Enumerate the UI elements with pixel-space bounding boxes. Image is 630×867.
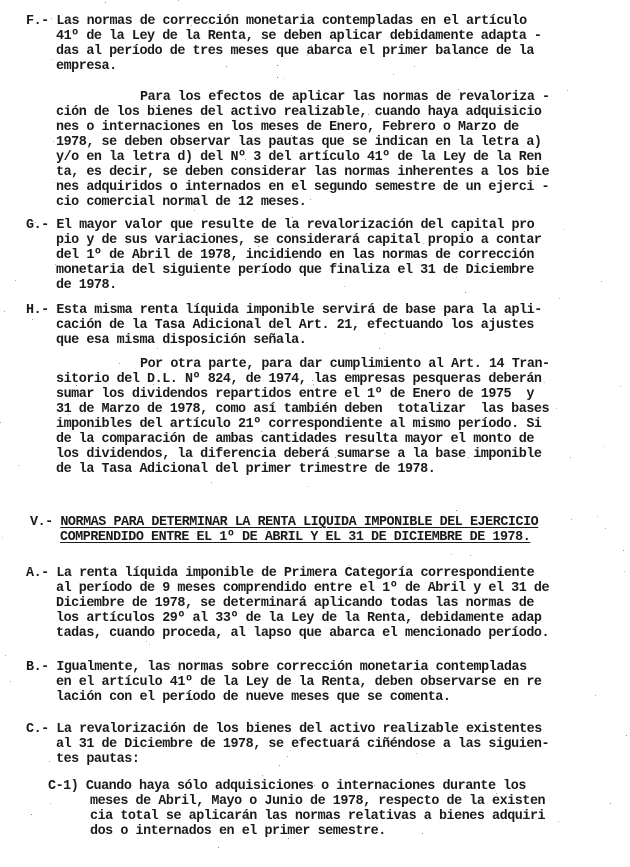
text-line: sumar los dividendos repartidos entre el…: [56, 387, 534, 402]
scan-noise: [208, 23, 209, 24]
scan-noise: [170, 664, 171, 665]
text-line: dos o internados en el primer semestre.: [90, 824, 386, 839]
scan-noise: [51, 18, 52, 19]
text-line: de la comparación de ambas cantidades re…: [56, 432, 534, 447]
scan-noise: [56, 305, 57, 306]
scan-noise: [146, 641, 147, 642]
scan-noise: [18, 465, 19, 466]
text-line: del 1º de Abril de 1978, incidiendo en l…: [56, 248, 534, 263]
scan-noise: [261, 431, 262, 432]
scan-noise: [86, 142, 87, 143]
scan-noise: [90, 127, 91, 128]
text-line: sitorio del D.L. Nº 824, de 1974, las em…: [56, 372, 541, 387]
scan-noise: [467, 395, 468, 396]
scan-noise: [259, 590, 260, 591]
scan-noise: [597, 516, 598, 517]
scan-noise: [604, 446, 605, 447]
scan-noise: [70, 284, 71, 285]
text-line: meses de Abril, Mayo o Junio de 1978, re…: [90, 794, 545, 809]
scan-noise: [4, 311, 5, 312]
scan-noise: [135, 341, 136, 342]
scan-noise: [149, 644, 150, 645]
text-line: ta, es decir, se deben considerar las no…: [56, 165, 549, 180]
scan-noise: [414, 66, 415, 67]
scan-noise: [426, 146, 427, 147]
scan-noise: [307, 55, 308, 56]
text-line: Por otra parte, para dar cumplimiento al…: [140, 357, 550, 372]
scan-noise: [157, 348, 158, 349]
text-line: C.- La revalorización de los bienes del …: [26, 722, 542, 737]
scan-noise: [52, 59, 53, 60]
text-line: cación de la Tasa Adicional del Art. 21,…: [56, 318, 534, 333]
scan-noise: [283, 380, 284, 381]
scan-noise: [458, 89, 459, 90]
text-line: al período de 9 meses comprendido entre …: [56, 581, 549, 596]
scan-noise: [422, 833, 423, 834]
text-line: 31 de Marzo de 1978, como así también de…: [56, 402, 549, 417]
scan-noise: [595, 695, 596, 696]
scan-noise: [75, 779, 76, 780]
section-heading-line: COMPRENDIDO ENTRE EL 1º DE ABRIL Y EL 31…: [60, 530, 530, 545]
scan-noise: [312, 363, 313, 364]
scan-noise: [89, 327, 90, 328]
scan-noise: [571, 519, 572, 520]
scan-noise: [217, 200, 218, 201]
scan-noise: [359, 792, 360, 793]
text-line: tadas, cuando proceda, al lapso que abar…: [56, 626, 549, 641]
scan-noise: [262, 775, 263, 776]
scan-noise: [145, 256, 146, 257]
text-line: y/o en la letra d) del Nº 3 del artículo…: [56, 150, 541, 165]
scan-noise: [160, 533, 161, 534]
scan-noise: [283, 78, 284, 79]
text-line: H.- Esta misma renta líquida imponible s…: [26, 303, 542, 318]
scan-noise: [310, 199, 311, 200]
scan-noise: [218, 847, 219, 848]
scan-noise: [353, 422, 354, 423]
heading-text: COMPRENDIDO ENTRE EL 1º DE ABRIL Y EL 31…: [60, 530, 530, 545]
heading-text: NORMAS PARA DETERMINAR LA RENTA LIQUIDA …: [60, 515, 538, 530]
scan-noise: [290, 750, 291, 751]
scan-noise: [610, 803, 611, 804]
scan-noise: [393, 74, 394, 75]
scan-noise: [411, 117, 412, 118]
text-line: lación con el período de nueve meses que…: [56, 690, 450, 705]
scan-noise: [97, 613, 98, 614]
scan-noise: [332, 273, 333, 274]
scan-noise: [258, 246, 259, 247]
scan-noise: [31, 814, 32, 815]
text-line: B.- Igualmente, las normas sobre correcc…: [26, 660, 527, 675]
scan-noise: [523, 146, 524, 147]
scanned-document-page: F.- Las normas de corrección monetaria c…: [0, 0, 630, 867]
scan-noise: [497, 613, 498, 614]
scan-noise: [119, 363, 120, 364]
scan-noise: [148, 582, 149, 583]
scan-noise: [154, 105, 155, 106]
scan-noise: [15, 280, 16, 281]
text-line: de la Tasa Adicional del primer trimestr…: [56, 462, 435, 477]
text-line: nes adquiridos o internados en el segund…: [56, 180, 549, 195]
scan-noise: [295, 108, 296, 109]
scan-noise: [456, 277, 457, 278]
scan-noise: [470, 555, 471, 556]
scan-noise: [288, 838, 289, 839]
heading-numeral: V.-: [30, 515, 60, 530]
scan-noise: [472, 678, 473, 679]
scan-noise: [245, 159, 246, 160]
scan-noise: [49, 761, 50, 762]
scan-noise: [279, 765, 280, 766]
scan-noise: [496, 793, 497, 794]
scan-noise: [0, 422, 1, 423]
scan-noise: [211, 482, 212, 483]
scan-noise: [308, 486, 309, 487]
scan-noise: [624, 571, 625, 572]
text-line: G.- El mayor valor que resulte de la rev…: [26, 218, 534, 233]
scan-noise: [349, 565, 350, 566]
scan-noise: [397, 321, 398, 322]
scan-noise: [178, 0, 179, 1]
text-line: imponibles del artículo 21º correspondie…: [56, 417, 541, 432]
scan-noise: [623, 550, 624, 551]
scan-noise: [601, 281, 602, 282]
scan-noise: [195, 533, 196, 534]
text-line: 1978, se deben observar las pautas que s…: [56, 135, 541, 150]
scan-noise: [276, 327, 277, 328]
scan-noise: [313, 384, 314, 385]
scan-noise: [423, 309, 424, 310]
scan-noise: [456, 510, 457, 511]
text-line: F.- Las normas de corrección monetaria c…: [26, 14, 527, 29]
scan-noise: [567, 90, 568, 91]
scan-noise: [2, 537, 3, 538]
scan-noise: [153, 384, 154, 385]
scan-noise: [476, 57, 477, 58]
scan-noise: [53, 141, 54, 142]
scan-noise: [76, 385, 77, 386]
scan-noise: [68, 414, 69, 415]
scan-noise: [423, 243, 424, 244]
scan-noise: [314, 785, 315, 786]
scan-noise: [277, 65, 278, 66]
text-line: cio comercial normal de 12 meses.: [56, 195, 306, 210]
scan-noise: [468, 457, 469, 458]
scan-noise: [384, 333, 385, 334]
text-line: das al período de tres meses que abarca …: [56, 44, 534, 59]
scan-noise: [523, 731, 524, 732]
scan-noise: [291, 135, 292, 136]
text-line: de 1978.: [56, 278, 117, 293]
scan-noise: [605, 528, 606, 529]
scan-noise: [226, 66, 227, 67]
scan-noise: [386, 468, 387, 469]
text-line: en el artículo 41º de la Ley de la Renta…: [56, 675, 541, 690]
scan-noise: [451, 554, 452, 555]
scan-noise: [474, 801, 475, 802]
text-line: tes pautas:: [56, 752, 139, 767]
scan-noise: [523, 154, 524, 155]
scan-noise: [287, 756, 288, 757]
scan-noise: [55, 264, 56, 265]
scan-noise: [429, 613, 430, 614]
scan-noise: [564, 229, 565, 230]
text-line: Para los efectos de aplicar las normas d…: [140, 90, 550, 105]
scan-noise: [153, 44, 154, 45]
text-line: al 31 de Diciembre de 1978, se efectuará…: [56, 737, 549, 752]
text-line: que esa misma disposición señala.: [56, 333, 306, 348]
scan-noise: [368, 114, 369, 115]
scan-noise: [358, 186, 359, 187]
scan-noise: [35, 222, 36, 223]
scan-noise: [312, 380, 313, 381]
text-line: Diciembre de 1978, se determinará aplica…: [56, 596, 534, 611]
scan-noise: [105, 2, 106, 3]
text-line: los artículos 29º al 33º de la Ley de la…: [56, 611, 541, 626]
text-line: C-1) Cuando haya sólo adquisiciones o in…: [48, 779, 526, 794]
scan-noise: [259, 270, 260, 271]
text-line: nes o internaciones en los meses de Ener…: [56, 120, 519, 135]
scan-noise: [544, 382, 545, 383]
text-line: 41º de la Ley de la Renta, se deben apli…: [56, 29, 541, 44]
text-line: ción de los bienes del activo realizable…: [56, 105, 541, 120]
scan-noise: [416, 425, 417, 426]
scan-noise: [289, 447, 290, 448]
scan-noise: [5, 655, 6, 656]
scan-noise: [78, 338, 79, 339]
scan-noise: [570, 457, 571, 458]
scan-noise: [416, 753, 417, 754]
scan-noise: [311, 45, 312, 46]
scan-noise: [464, 231, 465, 232]
scan-noise: [191, 25, 192, 26]
scan-noise: [559, 298, 560, 299]
scan-noise: [80, 631, 81, 632]
scan-noise: [626, 735, 627, 736]
text-line: A.- La renta líquida imponible de Primer…: [26, 566, 534, 581]
scan-noise: [441, 663, 442, 664]
scan-noise: [292, 217, 293, 218]
text-line: pio y de sus variaciones, se considerará…: [56, 233, 541, 248]
scan-noise: [100, 797, 101, 798]
scan-noise: [620, 386, 621, 387]
scan-noise: [54, 182, 55, 183]
text-line: monetaria del siguiente período que fina…: [56, 263, 534, 278]
scan-noise: [194, 210, 195, 211]
section-heading-line: V.- NORMAS PARA DETERMINAR LA RENTA LIQU…: [30, 515, 538, 530]
scan-noise: [556, 408, 557, 409]
scan-noise: [173, 305, 174, 306]
scan-noise: [558, 821, 559, 822]
scan-noise: [50, 803, 51, 804]
scan-noise: [32, 319, 33, 320]
scan-noise: [465, 292, 466, 293]
scan-noise: [335, 457, 336, 458]
text-line: los dividendos, la diferencia deberá sum…: [56, 447, 541, 462]
scan-noise: [491, 600, 492, 601]
text-line: empresa.: [56, 59, 117, 74]
scan-noise: [344, 286, 345, 287]
scan-noise: [10, 681, 11, 682]
scan-noise: [486, 304, 487, 305]
scan-noise: [379, 348, 380, 349]
scan-noise: [277, 77, 278, 78]
scan-noise: [140, 338, 141, 339]
text-line: cia total se aplicarán las normas relati…: [90, 809, 545, 824]
